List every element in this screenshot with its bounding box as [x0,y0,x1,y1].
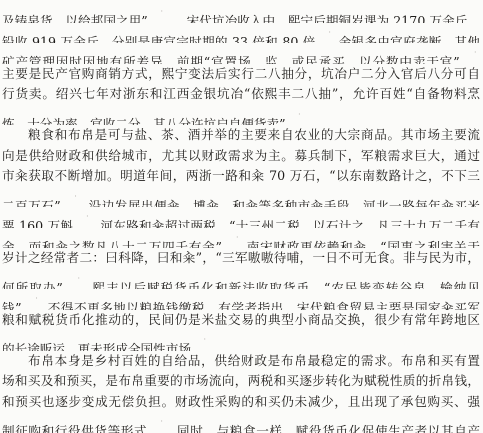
text-run: 余，而和籴之数凡八十二万四千有余”。 [2,239,236,248]
text-run: 南宋财政更依赖和籴，“国事之利害关于 [246,239,480,248]
footnote-marker-icon: · [78,269,92,290]
text-run: 炼。十分为率，官收二分，其八分许坑户自便货卖”。 [2,116,298,125]
text-line: 二百万石”。·沿边发展出便籴、博籴、和籴等多种市籴手段。河北一路每年籴买米 [2,187,480,208]
text-line: 钱”，·不得不更多地以粮换钱缴税。有学者指出，宋代粮食贸易主要是国家籴买军 [2,289,480,310]
footnote-marker-icon: · [86,207,100,228]
text-line: 和预买也逐步变成无偿负担。财政性采购的和买仍未减少，且出现了承包购买、强 [2,392,480,413]
text-line: 场和买及和预买，是布帛重要的市场流向，两税和买逐步转化为赋税性质的折帛钱， [2,371,480,392]
text-run: 粟 160 万斛， [2,219,86,228]
text-line: 布帛本身是乡村百姓的自给品，供给财政是布帛最稳定的需求。布帛和买有置 [2,351,480,372]
text-run: 金银多由官府垄断，其他 [338,34,480,43]
text-run: 向是供给财政和供给城市，尤其以财政需求为主。募兵制下，军粮需求巨大，通过 [2,148,480,163]
text-line: 及铸泉货，以给邦国之用”。·宋代坑冶收入中，熙宁后期铜岁课为 2170 万余斤， [2,2,480,23]
text-run: 沿边发展出便籴、博籴、和籴等多种市籴手段。河北一路每年籴买米 [88,198,480,207]
text-run: 场和买及和预买，是布帛重要的市场流向，两税和买逐步转化为赋税性质的折帛钱， [2,373,480,388]
footnote-marker-icon: · [35,289,47,310]
scanned-book-page: 及铸泉货，以给邦国之用”。·宋代坑冶收入中，熙宁后期铜岁课为 2170 万余斤，… [0,0,483,433]
text-line: 余，而和籴之数凡八十二万四千有余”。·南宋财政更依赖和籴，“国事之利害关于 [2,228,480,249]
text-run: 粮和赋税货币化推动的，民间仍是米盐交易的典型小商品交换，很少有常年跨地区 [2,312,480,327]
footnote-marker-icon: · [298,105,306,126]
text-run: 市籴获取不断增加。明道年间，两浙一路和籴 70 万石，“以东南数路计之，不下三 [2,168,480,183]
footnote-marker-icon: · [204,330,210,351]
text-run: 熙丰以后赋税货币化和新法收取货币，“农民皆变转谷帛，输纳见 [92,280,480,289]
text-line: 制征购和行役供货等形式。·同时，与粮食一样，赋役货币化促使生产者以其自产 [2,412,480,433]
text-run: 粮食和布帛是可与盐、茶、酒并举的主要来自农业的大宗商品。其市场主要流 [28,127,480,142]
footnote-marker-icon: · [74,187,88,208]
text-line: 向是供给财政和供给城市，尤其以财政需求为主。募兵制下，军粮需求巨大，通过 [2,146,480,167]
text-run: 二百万石”。 [2,198,74,207]
text-line: 岁计之经常者二：曰科降，曰和籴”，“三军嗷嗷待哺，一日不可无食。非与民为市， [2,248,480,269]
text-run: 宋代坑冶收入中，熙宁后期铜岁课为 2170 万余斤， [187,14,481,23]
text-run: 和预买也逐步变成无偿负担。财政性采购的和买仍未减少，且出现了承包购买、强 [2,394,480,409]
text-line: 何所取办”。·熙丰以后赋税货币化和新法收取货币，“农民皆变转谷帛，输纳见 [2,269,480,290]
text-run: 布帛本身是乡村百姓的自给品，供给财政是布帛最稳定的需求。布帛和买有置 [28,353,480,368]
text-run: 岁计之经常者二：曰科降，曰和籴”，“三军嗷嗷待哺，一日不可无食。非与民为市， [2,250,480,265]
page-text: 及铸泉货，以给邦国之用”。·宋代坑冶收入中，熙宁后期铜岁课为 2170 万余斤，… [2,2,480,433]
text-run: 河东路和籴超过两税，“十三州二税，以石计之，凡三十九万二千有 [100,219,480,228]
text-run: 行货卖。绍兴七年对浙东和江西金银坑冶“依熙丰二八抽”，允许百姓“自备物料烹 [2,86,480,101]
text-line: 粮食和布帛是可与盐、茶、酒并举的主要来自农业的大宗商品。其市场主要流 [2,125,480,146]
text-line: 的长途贩运，更未形成全国性市场。· [2,330,480,351]
text-run: 铅收 919 万余斤，分别是唐宣宗时期的 33 倍和 80 倍。 [2,34,328,43]
text-run: 制征购和行役供货等形式。 [2,424,160,433]
footnote-marker-icon: · [160,412,176,433]
text-line: 铅收 919 万余斤，分别是唐宣宗时期的 33 倍和 80 倍。·金银多由官府垄… [2,23,480,44]
text-run: 的长途贩运，更未形成全国性市场。 [2,342,204,351]
footnote-marker-icon: · [328,23,338,44]
footnote-marker-icon: · [161,2,187,23]
text-run: 矿产管理因时因地有所差异，前期“官置场、监，或民承买，以分数中卖于官”， [2,55,474,64]
text-line: 行货卖。绍兴七年对浙东和江西金银坑冶“依熙丰二八抽”，允许百姓“自备物料烹 [2,84,480,105]
text-line: 主要是民产官购商销方式，熙宁变法后实行二八抽分，坑冶户二分入官后八分可自 [2,64,480,85]
text-run: 何所取办”。 [2,280,78,289]
text-run: 不得不更多地以粮换钱缴税。有学者指出，宋代粮食贸易主要是国家籴买军 [47,301,480,310]
footnote-marker-icon: · [474,43,480,64]
text-run: 同时，与粮食一样，赋役货币化促使生产者以其自产 [176,424,480,433]
text-run: 钱”， [2,301,35,310]
text-line: 炼。十分为率，官收二分，其八分许坑户自便货卖”。· [2,105,480,126]
text-line: 矿产管理因时因地有所差异，前期“官置场、监，或民承买，以分数中卖于官”，· [2,43,480,64]
text-line: 粮和赋税货币化推动的，民间仍是米盐交易的典型小商品交换，很少有常年跨地区 [2,310,480,331]
text-run: 主要是民产官购商销方式，熙宁变法后实行二八抽分，坑冶户二分入官后八分可自 [2,66,480,81]
footnote-marker-icon: · [236,228,246,249]
text-line: 市籴获取不断增加。明道年间，两浙一路和籴 70 万石，“以东南数路计之，不下三 [2,166,480,187]
text-line: 粟 160 万斛，·河东路和籴超过两税，“十三州二税，以石计之，凡三十九万二千有 [2,207,480,228]
text-run: 及铸泉货，以给邦国之用”。 [2,14,161,23]
